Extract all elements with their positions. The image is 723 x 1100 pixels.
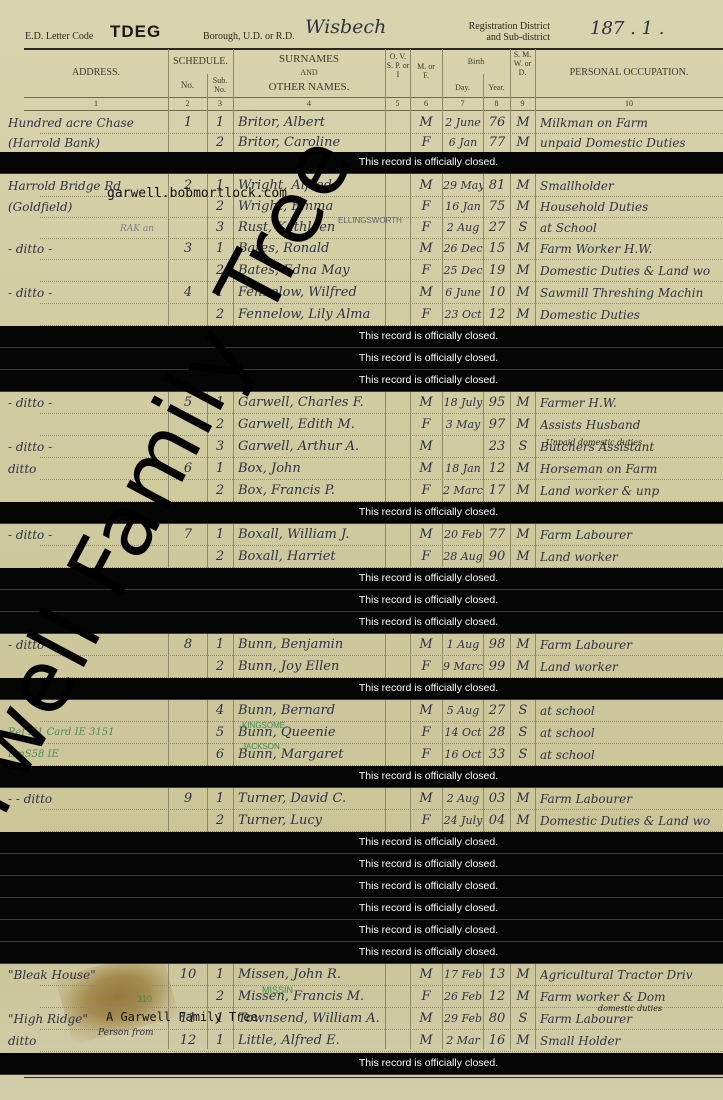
cell-sub: 4 <box>208 701 232 721</box>
cell-sub: 1 <box>208 283 232 303</box>
table-row: 2Bates, Edna MayF25 Dec19MDomestic Dutie… <box>0 260 723 282</box>
cell-name: Garwell, Charles F. <box>238 393 384 413</box>
cell-name: Bates, Edna May <box>238 261 384 281</box>
cell-address: - ditto - <box>8 393 166 413</box>
table-row: 2Turner, LucyF24 July04MDomestic Duties … <box>0 810 723 832</box>
cell-no: 9 <box>170 789 206 809</box>
cell-ms: M <box>511 657 535 677</box>
cell-name: Little, Alfred E. <box>238 1031 384 1051</box>
cell-sub: 5 <box>208 723 232 743</box>
cell-occupation: unpaid Domestic Duties <box>540 133 720 153</box>
annotation-person-from: Person from <box>98 1028 154 1038</box>
cell-year: 04 <box>484 811 510 831</box>
annotation-rust-note: RAK an <box>120 224 154 234</box>
cell-sex: F <box>412 547 440 567</box>
annotation-domestic-duties: domestic duties <box>598 1004 662 1013</box>
cell-occupation: Farm Labourer <box>540 525 720 545</box>
closed-record-text: This record is officially closed. <box>359 572 498 584</box>
cell-address: - ditto - <box>8 239 166 259</box>
closed-record-bar: This record is officially closed. <box>0 502 723 524</box>
closed-record-bar: This record is officially closed. <box>0 876 723 898</box>
table-row: - - ditto91Turner, David C.M2 Aug03MFarm… <box>0 788 723 810</box>
cell-occupation: at school <box>540 701 720 721</box>
table-row: 2Bunn, Joy EllenF9 March99MLand worker <box>0 656 723 678</box>
annotation-missin: MISSIN <box>262 985 293 995</box>
cell-ms: M <box>511 393 535 413</box>
cell-name: Townsend, William A. <box>238 1009 384 1029</box>
cell-day: 26 Feb <box>443 987 483 1007</box>
cell-sub: 3 <box>208 218 232 238</box>
closed-record-bar: This record is officially closed. <box>0 1053 723 1075</box>
cell-ms: S <box>511 1009 535 1029</box>
cell-sex: F <box>412 197 440 217</box>
closed-record-bar: This record is officially closed. <box>0 920 723 942</box>
cell-year: 03 <box>484 789 510 809</box>
table-row: - ditto -41Fennelow, WilfredM6 June10MSa… <box>0 282 723 304</box>
table-row: 2Boxall, HarrietF28 Aug90MLand worker <box>0 546 723 568</box>
cell-day: 3 May <box>443 415 483 435</box>
table-row: 4Bunn, BernardM5 Aug27Sat school <box>0 700 723 722</box>
cell-occupation: Assists Husband <box>540 415 720 435</box>
column-number: 10 <box>535 99 723 108</box>
cell-day: 17 Feb <box>443 965 483 985</box>
col-header-birth-day: Day. <box>442 82 483 93</box>
cell-occupation: Land worker <box>540 657 720 677</box>
cell-occupation: at school <box>540 745 720 765</box>
cell-sub: 1 <box>208 635 232 655</box>
ed-letter-code-label: E.D. Letter Code <box>25 31 93 42</box>
closed-record-text: This record is officially closed. <box>359 924 498 936</box>
cell-name: Missen, Francis M. <box>238 987 384 1007</box>
cell-address: (Harrold Bank) <box>8 133 166 153</box>
annotation-unpaid-domestic: Unpaid domestic duties <box>546 438 642 447</box>
cell-year: 90 <box>484 547 510 567</box>
cell-address: Hundred acre Chase <box>8 113 166 133</box>
cell-year: 10 <box>484 283 510 303</box>
table-row: - ditto -31Bates, RonaldM26 Dec15MFarm W… <box>0 238 723 260</box>
cell-day: 2 March <box>443 481 483 501</box>
cell-address: "Bleak House" <box>8 965 166 985</box>
cell-sex: F <box>412 811 440 831</box>
cell-sub: 2 <box>208 987 232 1007</box>
cell-no: 3 <box>170 239 206 259</box>
cell-name: Turner, David C. <box>238 789 384 809</box>
cell-name: Box, Francis P. <box>238 481 384 501</box>
table-row: - ditto -81Bunn, BenjaminM1 Aug98MFarm L… <box>0 634 723 656</box>
cell-ms: M <box>511 283 535 303</box>
table-row: EmS58 IE6Bunn, MargaretF16 Oct33Sat scho… <box>0 744 723 766</box>
cell-name: Boxall, Harriet <box>238 547 384 567</box>
cell-sub: 6 <box>208 745 232 765</box>
footer-rule <box>24 1077 723 1078</box>
cell-name: Britor, Caroline <box>238 133 384 153</box>
table-row: - ditto -51Garwell, Charles F.M18 July95… <box>0 392 723 414</box>
cell-sub: 2 <box>208 305 232 325</box>
cell-sex: F <box>412 723 440 743</box>
closed-record-text: This record is officially closed. <box>359 902 498 914</box>
closed-record-text: This record is officially closed. <box>359 836 498 848</box>
cell-occupation: Domestic Duties & Land wo <box>540 811 720 831</box>
table-row: 2Fennelow, Lily AlmaF23 Oct12MDomestic D… <box>0 304 723 326</box>
closed-record-bar: This record is officially closed. <box>0 348 723 370</box>
col-header-names-3: OTHER NAMES. <box>233 80 385 94</box>
cell-ms: M <box>511 197 535 217</box>
cell-sex: F <box>412 745 440 765</box>
cell-ms: M <box>511 547 535 567</box>
cell-sub: 1 <box>208 789 232 809</box>
cell-address: - ditto - <box>8 525 166 545</box>
cell-name: Bunn, Bernard <box>238 701 384 721</box>
cell-year: 12 <box>484 987 510 1007</box>
table-row: - ditto -71Boxall, William J.M20 Feb77MF… <box>0 524 723 546</box>
cell-no: 5 <box>170 393 206 413</box>
closed-record-text: This record is officially closed. <box>359 594 498 606</box>
borough-label: Borough, U.D. or R.D. <box>203 31 295 42</box>
cell-sex: M <box>412 1009 440 1029</box>
header-top-rule <box>24 48 723 50</box>
closed-record-bar: This record is officially closed. <box>0 612 723 634</box>
closed-record-text: This record is officially closed. <box>359 880 498 892</box>
cell-sub: 1 <box>208 965 232 985</box>
cell-sex: M <box>412 393 440 413</box>
cell-name: Turner, Lucy <box>238 811 384 831</box>
ed-letter-code: TDEG <box>110 22 161 42</box>
cell-year: 27 <box>484 701 510 721</box>
cell-sub: 2 <box>208 811 232 831</box>
cell-ms: M <box>511 525 535 545</box>
cell-sex: M <box>412 1031 440 1051</box>
cell-address: EmS58 IE <box>8 745 166 765</box>
cell-day: 2 June <box>443 113 483 133</box>
cell-sex: F <box>412 987 440 1007</box>
cell-ms: M <box>511 635 535 655</box>
cell-ms: S <box>511 723 535 743</box>
cell-no: 8 <box>170 635 206 655</box>
cell-sex: M <box>412 239 440 259</box>
cell-occupation: Sawmill Threshing Machin <box>540 283 720 303</box>
closed-record-text: This record is officially closed. <box>359 506 498 518</box>
annotation-310: 310 <box>137 994 152 1004</box>
cell-sub: 2 <box>208 415 232 435</box>
cell-sub: 3 <box>208 437 232 457</box>
cell-day: 6 Jan <box>443 133 483 153</box>
closed-record-bar: This record is officially closed. <box>0 854 723 876</box>
cell-occupation: Farm Worker H.W. <box>540 239 720 259</box>
cell-ms: M <box>511 459 535 479</box>
column-number: 6 <box>410 99 442 108</box>
cell-no: 10 <box>170 965 206 985</box>
cell-occupation: Farmer H.W. <box>540 393 720 413</box>
closed-record-text: This record is officially closed. <box>359 946 498 958</box>
cell-sub: 2 <box>208 133 232 153</box>
cell-occupation: Farm Labourer <box>540 789 720 809</box>
col-header-birth-year: Year. <box>483 82 510 93</box>
cell-day: 29 May <box>443 176 483 196</box>
closed-record-text: This record is officially closed. <box>359 352 498 364</box>
cell-address: - ditto - <box>8 635 166 655</box>
cell-occupation: at school <box>540 723 720 743</box>
cell-no: 6 <box>170 459 206 479</box>
cell-year: 80 <box>484 1009 510 1029</box>
cell-name: Boxall, William J. <box>238 525 384 545</box>
cell-occupation: at School <box>540 218 720 238</box>
cell-sub: 1 <box>208 459 232 479</box>
cell-name: Fennelow, Wilfred <box>238 283 384 303</box>
cell-year: 12 <box>484 459 510 479</box>
cell-name: Bates, Ronald <box>238 239 384 259</box>
cell-address: Ref N1 Card IE 3151 <box>8 723 166 743</box>
cell-year: 23 <box>484 437 510 457</box>
cell-year: 17 <box>484 481 510 501</box>
cell-year: 28 <box>484 723 510 743</box>
cell-sub: 2 <box>208 481 232 501</box>
cell-sex: M <box>412 437 440 457</box>
cell-sex: M <box>412 701 440 721</box>
registration-label: Registration District and Sub-district <box>455 21 550 43</box>
closed-record-bar: This record is officially closed. <box>0 942 723 964</box>
table-row: Hundred acre Chase11Britor, AlbertM2 Jun… <box>0 112 723 134</box>
closed-record-text: This record is officially closed. <box>359 616 498 628</box>
cell-no: 7 <box>170 525 206 545</box>
closed-record-text: This record is officially closed. <box>359 156 498 168</box>
closed-record-text: This record is officially closed. <box>359 374 498 386</box>
cell-year: 19 <box>484 261 510 281</box>
col-header-birth: Birth <box>442 56 510 67</box>
cell-year: 33 <box>484 745 510 765</box>
cell-day: 5 Aug <box>443 701 483 721</box>
column-number: 2 <box>168 99 207 108</box>
closed-record-bar: This record is officially closed. <box>0 832 723 854</box>
cell-name: Garwell, Arthur A. <box>238 437 384 457</box>
cell-ms: M <box>511 1031 535 1051</box>
cell-sex: F <box>412 261 440 281</box>
cell-day: 2 Mar <box>443 1031 483 1051</box>
col-header-address: ADDRESS. <box>24 67 168 78</box>
col-header-ovspi: O. V. S. P. or I <box>386 52 410 79</box>
cell-year: 75 <box>484 197 510 217</box>
cell-sex: F <box>412 218 440 238</box>
cell-year: 77 <box>484 133 510 153</box>
cell-sex: M <box>412 459 440 479</box>
cell-sex: F <box>412 133 440 153</box>
watermark-url: garwell.bobmortlock.com <box>107 186 287 201</box>
cell-year: 15 <box>484 239 510 259</box>
cell-day: 23 Oct <box>443 305 483 325</box>
cell-sex: F <box>412 657 440 677</box>
cell-year: 98 <box>484 635 510 655</box>
col-header-schedule-sub: Sub. No. <box>210 76 230 94</box>
cell-name: Britor, Albert <box>238 113 384 133</box>
col-header-names-2: AND <box>233 66 385 80</box>
cell-day: 18 July <box>443 393 483 413</box>
cell-ms: M <box>511 987 535 1007</box>
cell-day: 14 Oct <box>443 723 483 743</box>
cell-year: 77 <box>484 525 510 545</box>
cell-year: 12 <box>484 305 510 325</box>
cell-occupation: Small Holder <box>540 1031 720 1051</box>
cell-occupation: Farm Labourer <box>540 635 720 655</box>
cell-occupation: Smallholder <box>540 176 720 196</box>
cell-ms: M <box>511 789 535 809</box>
cell-sex: M <box>412 113 440 133</box>
cell-sub: 1 <box>208 1031 232 1051</box>
col-header-sex: M. or F. <box>414 62 438 80</box>
column-number: 7 <box>442 99 483 108</box>
header-bottom-rule <box>24 97 723 98</box>
table-row: 2Garwell, Edith M.F3 May97MAssists Husba… <box>0 414 723 436</box>
cell-year: 16 <box>484 1031 510 1051</box>
col-header-schedule-no: No. <box>168 80 207 91</box>
cell-ms: M <box>511 261 535 281</box>
closed-record-text: This record is officially closed. <box>359 1057 498 1069</box>
column-number: 3 <box>207 99 233 108</box>
cell-sex: M <box>412 525 440 545</box>
cell-sex: F <box>412 305 440 325</box>
cell-year: 97 <box>484 415 510 435</box>
cell-address: - ditto - <box>8 437 166 457</box>
col-header-names-1: SURNAMES <box>233 52 385 66</box>
cell-ms: S <box>511 437 535 457</box>
colnum-rule <box>24 110 723 111</box>
cell-ms: M <box>511 481 535 501</box>
closed-record-bar: This record is officially closed. <box>0 326 723 348</box>
cell-day: 1 Aug <box>443 635 483 655</box>
column-number: 8 <box>483 99 510 108</box>
cell-name: Bunn, Joy Ellen <box>238 657 384 677</box>
cell-day: 2 Aug <box>443 218 483 238</box>
column-number: 4 <box>233 99 385 108</box>
cell-ms: M <box>511 113 535 133</box>
cell-year: 27 <box>484 218 510 238</box>
col-header-names: SURNAMES AND OTHER NAMES. <box>233 52 385 94</box>
cell-day: 28 Aug <box>443 547 483 567</box>
closed-record-bar: This record is officially closed. <box>0 568 723 590</box>
cell-ms: M <box>511 415 535 435</box>
cell-year: 81 <box>484 176 510 196</box>
cell-day: 6 June <box>443 283 483 303</box>
borough-value: Wisbech <box>305 16 386 38</box>
column-number: 5 <box>385 99 410 108</box>
cell-sex: F <box>412 481 440 501</box>
cell-sex: F <box>412 415 440 435</box>
cell-day: 9 March <box>443 657 483 677</box>
table-row: (Harrold Bank)2Britor, CarolineF6 Jan77M… <box>0 132 723 154</box>
cell-name: Fennelow, Lily Alma <box>238 305 384 325</box>
cell-sex: M <box>412 176 440 196</box>
col-header-occupation: PERSONAL OCCUPATION. <box>535 67 723 78</box>
cell-address: ditto <box>8 459 166 479</box>
cell-sub: 1 <box>208 113 232 133</box>
cell-day: 18 Jan <box>443 459 483 479</box>
table-row: 2Box, Francis P.F2 March17MLand worker &… <box>0 480 723 502</box>
cell-day: 25 Dec <box>443 261 483 281</box>
cell-sex: M <box>412 283 440 303</box>
closed-record-text: This record is officially closed. <box>359 858 498 870</box>
watermark-small: A Garwell Family Tree <box>106 1010 258 1024</box>
closed-record-bar: This record is officially closed. <box>0 370 723 392</box>
closed-record-text: This record is officially closed. <box>359 770 498 782</box>
cell-day: 16 Oct <box>443 745 483 765</box>
annotation-ellingsworth: ELLINGSWORTH <box>338 216 402 225</box>
cell-ms: S <box>511 745 535 765</box>
cell-year: 13 <box>484 965 510 985</box>
closed-record-bar: This record is officially closed. <box>0 898 723 920</box>
cell-sex: M <box>412 965 440 985</box>
cell-year: 76 <box>484 113 510 133</box>
cell-name: Missen, John R. <box>238 965 384 985</box>
closed-record-text: This record is officially closed. <box>359 330 498 342</box>
row-rule <box>40 1051 723 1052</box>
cell-ms: M <box>511 965 535 985</box>
cell-sub: 1 <box>208 239 232 259</box>
closed-record-text: This record is officially closed. <box>359 682 498 694</box>
cell-occupation: Land worker <box>540 547 720 567</box>
closed-record-bar: This record is officially closed. <box>0 766 723 788</box>
column-number: 9 <box>510 99 535 108</box>
registration-value: 187 . 1 . <box>590 18 664 39</box>
census-page: E.D. Letter Code TDEG Borough, U.D. or R… <box>0 0 723 1100</box>
cell-sub: 2 <box>208 547 232 567</box>
cell-sub: 2 <box>208 657 232 677</box>
cell-no: 4 <box>170 283 206 303</box>
cell-day: 24 July <box>443 811 483 831</box>
cell-year: 99 <box>484 657 510 677</box>
cell-ms: M <box>511 811 535 831</box>
cell-occupation: Milkman on Farm <box>540 113 720 133</box>
cell-ms: M <box>511 176 535 196</box>
cell-name: Garwell, Edith M. <box>238 415 384 435</box>
cell-ms: M <box>511 239 535 259</box>
cell-ms: M <box>511 133 535 153</box>
cell-day: 26 Dec <box>443 239 483 259</box>
registration-label-2: and Sub-district <box>455 32 550 43</box>
col-header-schedule: SCHEDULE. <box>168 56 233 67</box>
cell-ms: S <box>511 701 535 721</box>
cell-ms: S <box>511 218 535 238</box>
cell-sex: M <box>412 789 440 809</box>
cell-day: 16 Jan <box>443 197 483 217</box>
cell-sub: 2 <box>208 261 232 281</box>
annotation-jackson: JACKSON <box>242 742 280 751</box>
cell-address: - ditto - <box>8 283 166 303</box>
cell-name: Box, John <box>238 459 384 479</box>
cell-no: 12 <box>170 1031 206 1051</box>
closed-record-bar: This record is officially closed. <box>0 590 723 612</box>
table-row: ditto61Box, JohnM18 Jan12MHorseman on Fa… <box>0 458 723 480</box>
cell-sex: M <box>412 635 440 655</box>
cell-address: - - ditto <box>8 789 166 809</box>
closed-record-bar: This record is officially closed. <box>0 152 723 174</box>
cell-occupation: Land worker & unp <box>540 481 720 501</box>
cell-occupation: Domestic Duties <box>540 305 720 325</box>
cell-sub: 1 <box>208 525 232 545</box>
cell-no: 1 <box>170 113 206 133</box>
cell-day: 20 Feb <box>443 525 483 545</box>
cell-sub: 1 <box>208 393 232 413</box>
cell-ms: M <box>511 305 535 325</box>
cell-occupation: Horseman on Farm <box>540 459 720 479</box>
cell-occupation: Household Duties <box>540 197 720 217</box>
cell-day: 2 Aug <box>443 789 483 809</box>
table-row: Ref N1 Card IE 31515Bunn, QueenieF14 Oct… <box>0 722 723 744</box>
registration-label-1: Registration District <box>455 21 550 32</box>
closed-record-bar: This record is officially closed. <box>0 678 723 700</box>
annotation-kingsome: KINGSOME <box>242 721 285 730</box>
col-header-marital: S. M. W. or D. <box>513 50 532 77</box>
cell-occupation: Domestic Duties & Land wo <box>540 261 720 281</box>
cell-occupation: Agricultural Tractor Driv <box>540 965 720 985</box>
table-row: "Bleak House"101Missen, John R.M17 Feb13… <box>0 964 723 986</box>
